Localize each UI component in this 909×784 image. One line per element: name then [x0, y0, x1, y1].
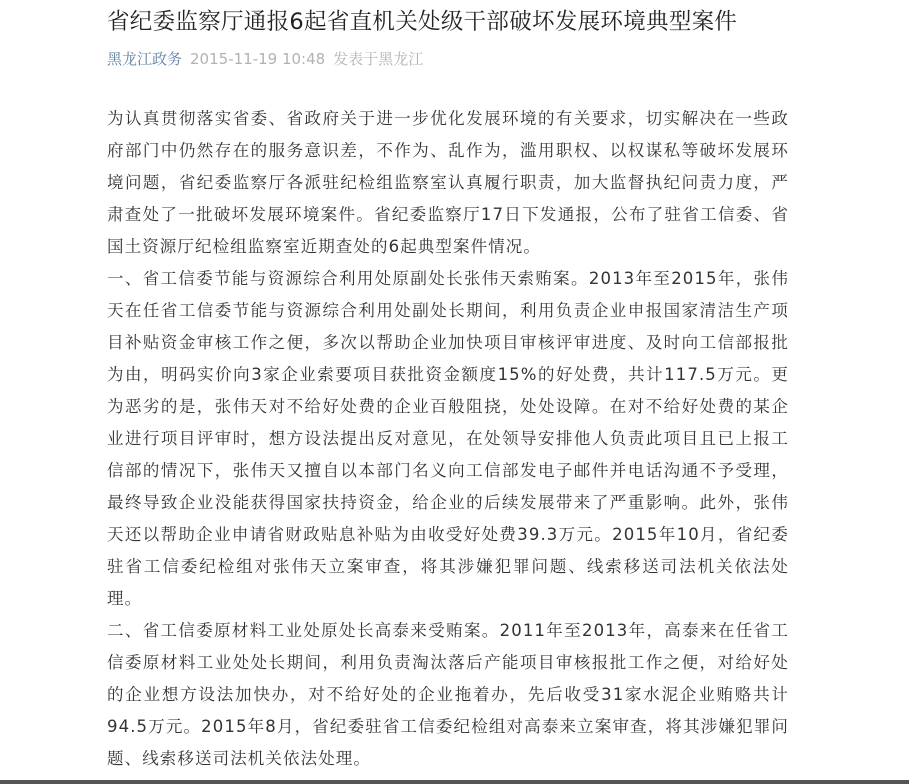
- article-content: 为认真贯彻落实省委、省政府关于进一步优化发展环境的有关要求，切实解决在一些政府部…: [107, 103, 789, 775]
- bottom-edge-divider: [0, 780, 909, 784]
- article: 省纪委监察厅通报6起省直机关处级干部破坏发展环境典型案件 黑龙江政务2015-1…: [107, 0, 797, 775]
- article-meta: 黑龙江政务2015-11-19 10:48发表于黑龙江: [107, 49, 797, 69]
- publish-datetime: 2015-11-19 10:48: [190, 50, 325, 68]
- article-title: 省纪委监察厅通报6起省直机关处级干部破坏发展环境典型案件: [107, 6, 797, 38]
- source-account-link[interactable]: 黑龙江政务: [107, 50, 182, 68]
- paragraph-case-2: 二、省工信委原材料工业处原处长高泰来受贿案。2011年至2013年，高泰来在任省…: [107, 615, 789, 775]
- paragraph-intro: 为认真贯彻落实省委、省政府关于进一步优化发展环境的有关要求，切实解决在一些政府部…: [107, 103, 789, 263]
- publish-location: 发表于黑龙江: [333, 50, 423, 68]
- paragraph-case-1: 一、省工信委节能与资源综合利用处原副处长张伟天索贿案。2013年至2015年，张…: [107, 263, 789, 615]
